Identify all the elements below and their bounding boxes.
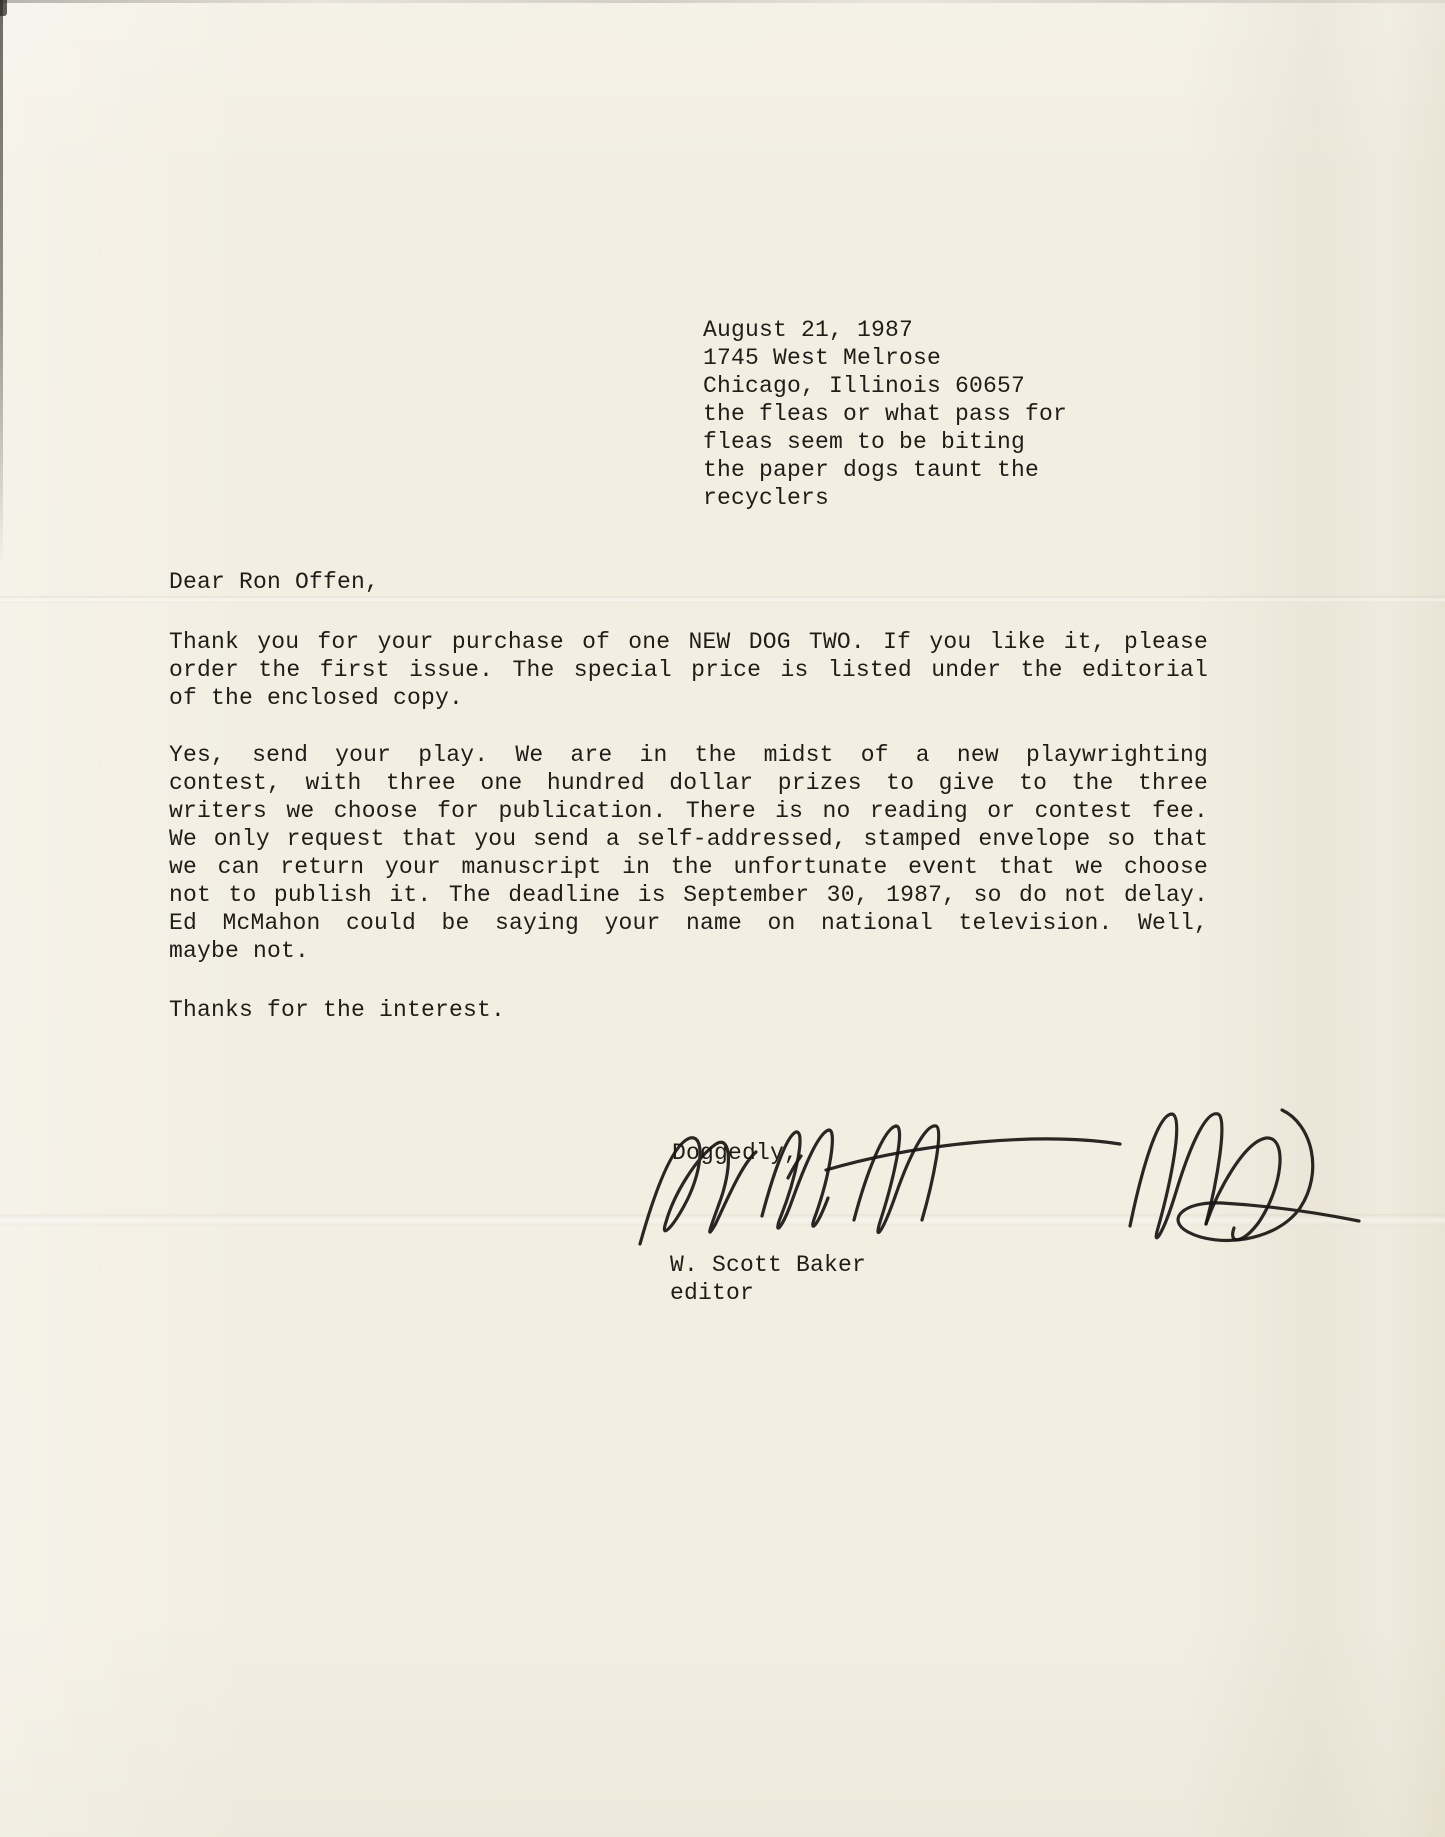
header-city-line: Chicago, Illinois 60657 [703,372,1067,400]
header-date-line: August 21, 1987 [703,316,1067,344]
paragraph-2-line: we can return your manuscript in the unf… [169,853,1208,881]
scan-corner-mark [0,0,7,16]
fold-crease-upper [0,596,1445,603]
paragraph-1: Thank you for your purchase of one NEW D… [169,628,1208,712]
paragraph-2-line: maybe not. [169,937,1208,965]
header-poem-line: the paper dogs taunt the [703,456,1067,484]
paragraph-2-line: Yes, send your play. We are in the midst… [169,741,1208,769]
closing-line: Thanks for the interest. [169,996,505,1024]
signature-title: editor [670,1279,754,1307]
paragraph-2-line: Ed McMahon could be saying your name on … [169,909,1208,937]
signature-ink [622,1082,1367,1260]
paragraph-2: Yes, send your play. We are in the midst… [169,741,1208,965]
paragraph-2-line: writers we choose for publication. There… [169,797,1208,825]
paragraph-1-line: order the first issue. The special price… [169,656,1208,684]
letter-header-block: August 21, 1987 1745 West Melrose Chicag… [703,316,1067,512]
paragraph-1-line: of the enclosed copy. [169,684,1208,712]
header-poem-line: fleas seem to be biting [703,428,1067,456]
paragraph-1-line: Thank you for your purchase of one NEW D… [169,628,1208,656]
header-address-line: 1745 West Melrose [703,344,1067,372]
salutation: Dear Ron Offen, [169,568,379,596]
header-poem-line: the fleas or what pass for [703,400,1067,428]
header-poem-line: recyclers [703,484,1067,512]
paragraph-2-line: contest, with three one hundred dollar p… [169,769,1208,797]
letter-page: August 21, 1987 1745 West Melrose Chicag… [0,0,1445,1837]
paragraph-2-line: We only request that you send a self-add… [169,825,1208,853]
signature-name: W. Scott Baker [670,1251,866,1279]
paragraph-2-line: not to publish it. The deadline is Septe… [169,881,1208,909]
scan-edge-left [0,0,3,565]
scan-edge-top [0,0,1445,3]
